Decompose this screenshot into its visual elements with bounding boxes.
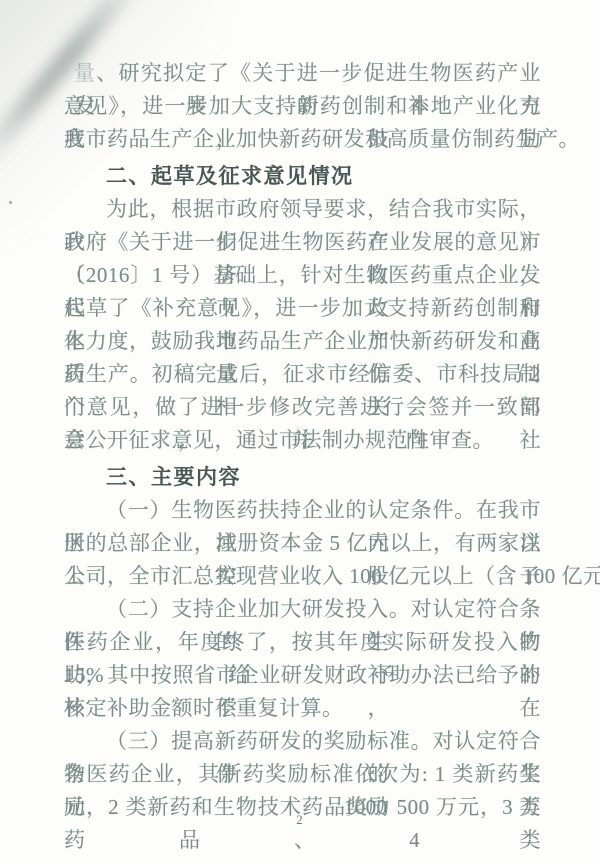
text-line: 〔2016〕1 号）基础上，针对生物医药重点企业，代市政府: [64, 259, 541, 292]
text-line: 公司，全市汇总实现营业收入 100 亿元以上（含 100 亿元）。: [64, 560, 541, 593]
text-line: 政府《关于进一步促进生物医药产业发展的意见》（济政发: [64, 226, 541, 259]
text-line: 意见》，进一步加大支持新药创制和本地产业化力度，鼓励: [64, 90, 541, 123]
text-line: 药生产。初稿完成后，征求市经信委、市科技局 2 个相关部: [64, 358, 541, 391]
text-line: 助，其中按照省市企业研发财政补助办法已给予的补偿，在: [64, 659, 541, 692]
text-line: 起草了《补充意见》，进一步加大支持新药创制和本地产业: [64, 292, 541, 325]
section-heading: 三、主要内容: [64, 461, 541, 494]
text-line: 量、研究拟定了《关于进一步促进生物医药产业发展的补充: [64, 57, 541, 90]
text-line: 物医药企业，其新药奖励标准依次为: 1 类新药奖励 1000 万: [64, 758, 541, 791]
text-line: （二）支持企业加大研发投入。对认定符合条件的生物: [64, 593, 541, 626]
section-heading: 二、起草及征求意见情况: [64, 160, 541, 193]
text-line: 医药企业，年度终了，按其年度实际研发投入的 15%给予补: [64, 626, 541, 659]
text-line: （三）提高新药研发的奖励标准。对认定符合条件的生: [64, 725, 541, 758]
text-line: 我市药品生产企业加快新药研发和高质量仿制药生产。: [64, 123, 541, 156]
text-line: 会公开征求意见，通过市法制办规范性审查。: [64, 424, 541, 457]
text-line: 化力度，鼓励我市药品生产企业加快新药研发和高质量仿制: [64, 325, 541, 358]
text-line: 门意见，做了进一步修改完善进行会签并一致同意，并向社: [64, 391, 541, 424]
document-body: 量、研究拟定了《关于进一步促进生物医药产业发展的补充意见》，进一步加大支持新药创…: [64, 57, 541, 824]
scanned-document-page: 量、研究拟定了《关于进一步促进生物医药产业发展的补充意见》，进一步加大支持新药创…: [0, 0, 600, 865]
scan-speck: [9, 201, 12, 204]
text-line: （一）生物医药扶持企业的认定条件。在我市区域内注: [64, 494, 541, 527]
page-number: 2: [0, 812, 600, 828]
text-line: 为此，根据市政府领导要求，结合我市实际，我们在市: [64, 193, 541, 226]
text-line: 册的总部企业，注册资本金 5 亿元以上，有两家以上控股子: [64, 527, 541, 560]
partially-scanned-character: 量: [74, 61, 96, 85]
